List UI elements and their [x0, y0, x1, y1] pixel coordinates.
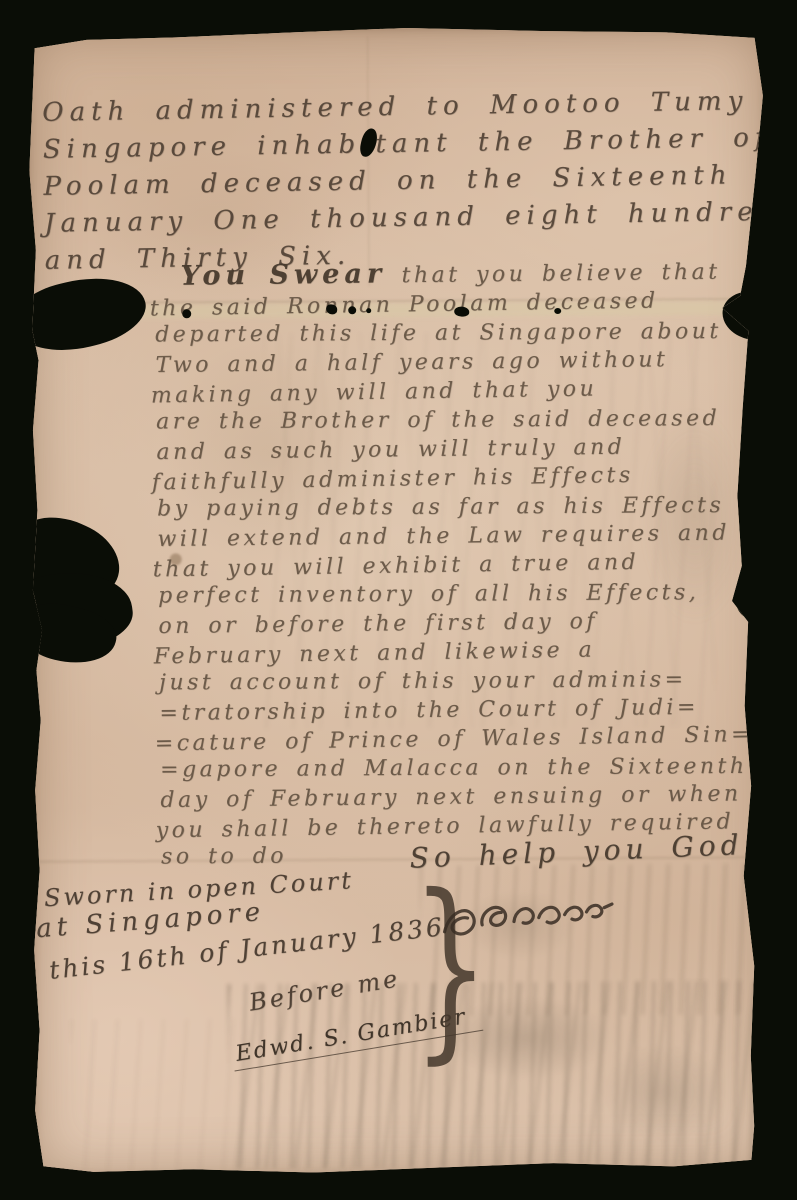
scan-background: Oath administered to Mootoo Tumy of Sing… — [0, 0, 797, 1200]
docket-header: Oath administered to Mootoo Tumy of Sing… — [42, 80, 797, 280]
manuscript-text: that you believe that — [401, 260, 720, 289]
ink-bleed-through — [227, 981, 773, 1169]
torn-edge-hole — [8, 266, 152, 363]
fold-hole — [366, 308, 371, 313]
oath-opening-words: You Swear — [180, 258, 386, 291]
fold-hole — [348, 306, 356, 314]
fold-hole — [182, 309, 191, 318]
fold-hole — [554, 308, 561, 314]
deponent-signature-mark — [434, 882, 628, 958]
oath-paragraph: You Swear that you believe that the said… — [154, 255, 759, 873]
fold-hole — [454, 307, 469, 317]
fold-hole — [326, 304, 337, 314]
ink-bleed-through — [71, 1019, 237, 1170]
document-page: Oath administered to Mootoo Tumy of Sing… — [27, 26, 774, 1178]
before-me-line: Before me — [247, 964, 402, 1016]
